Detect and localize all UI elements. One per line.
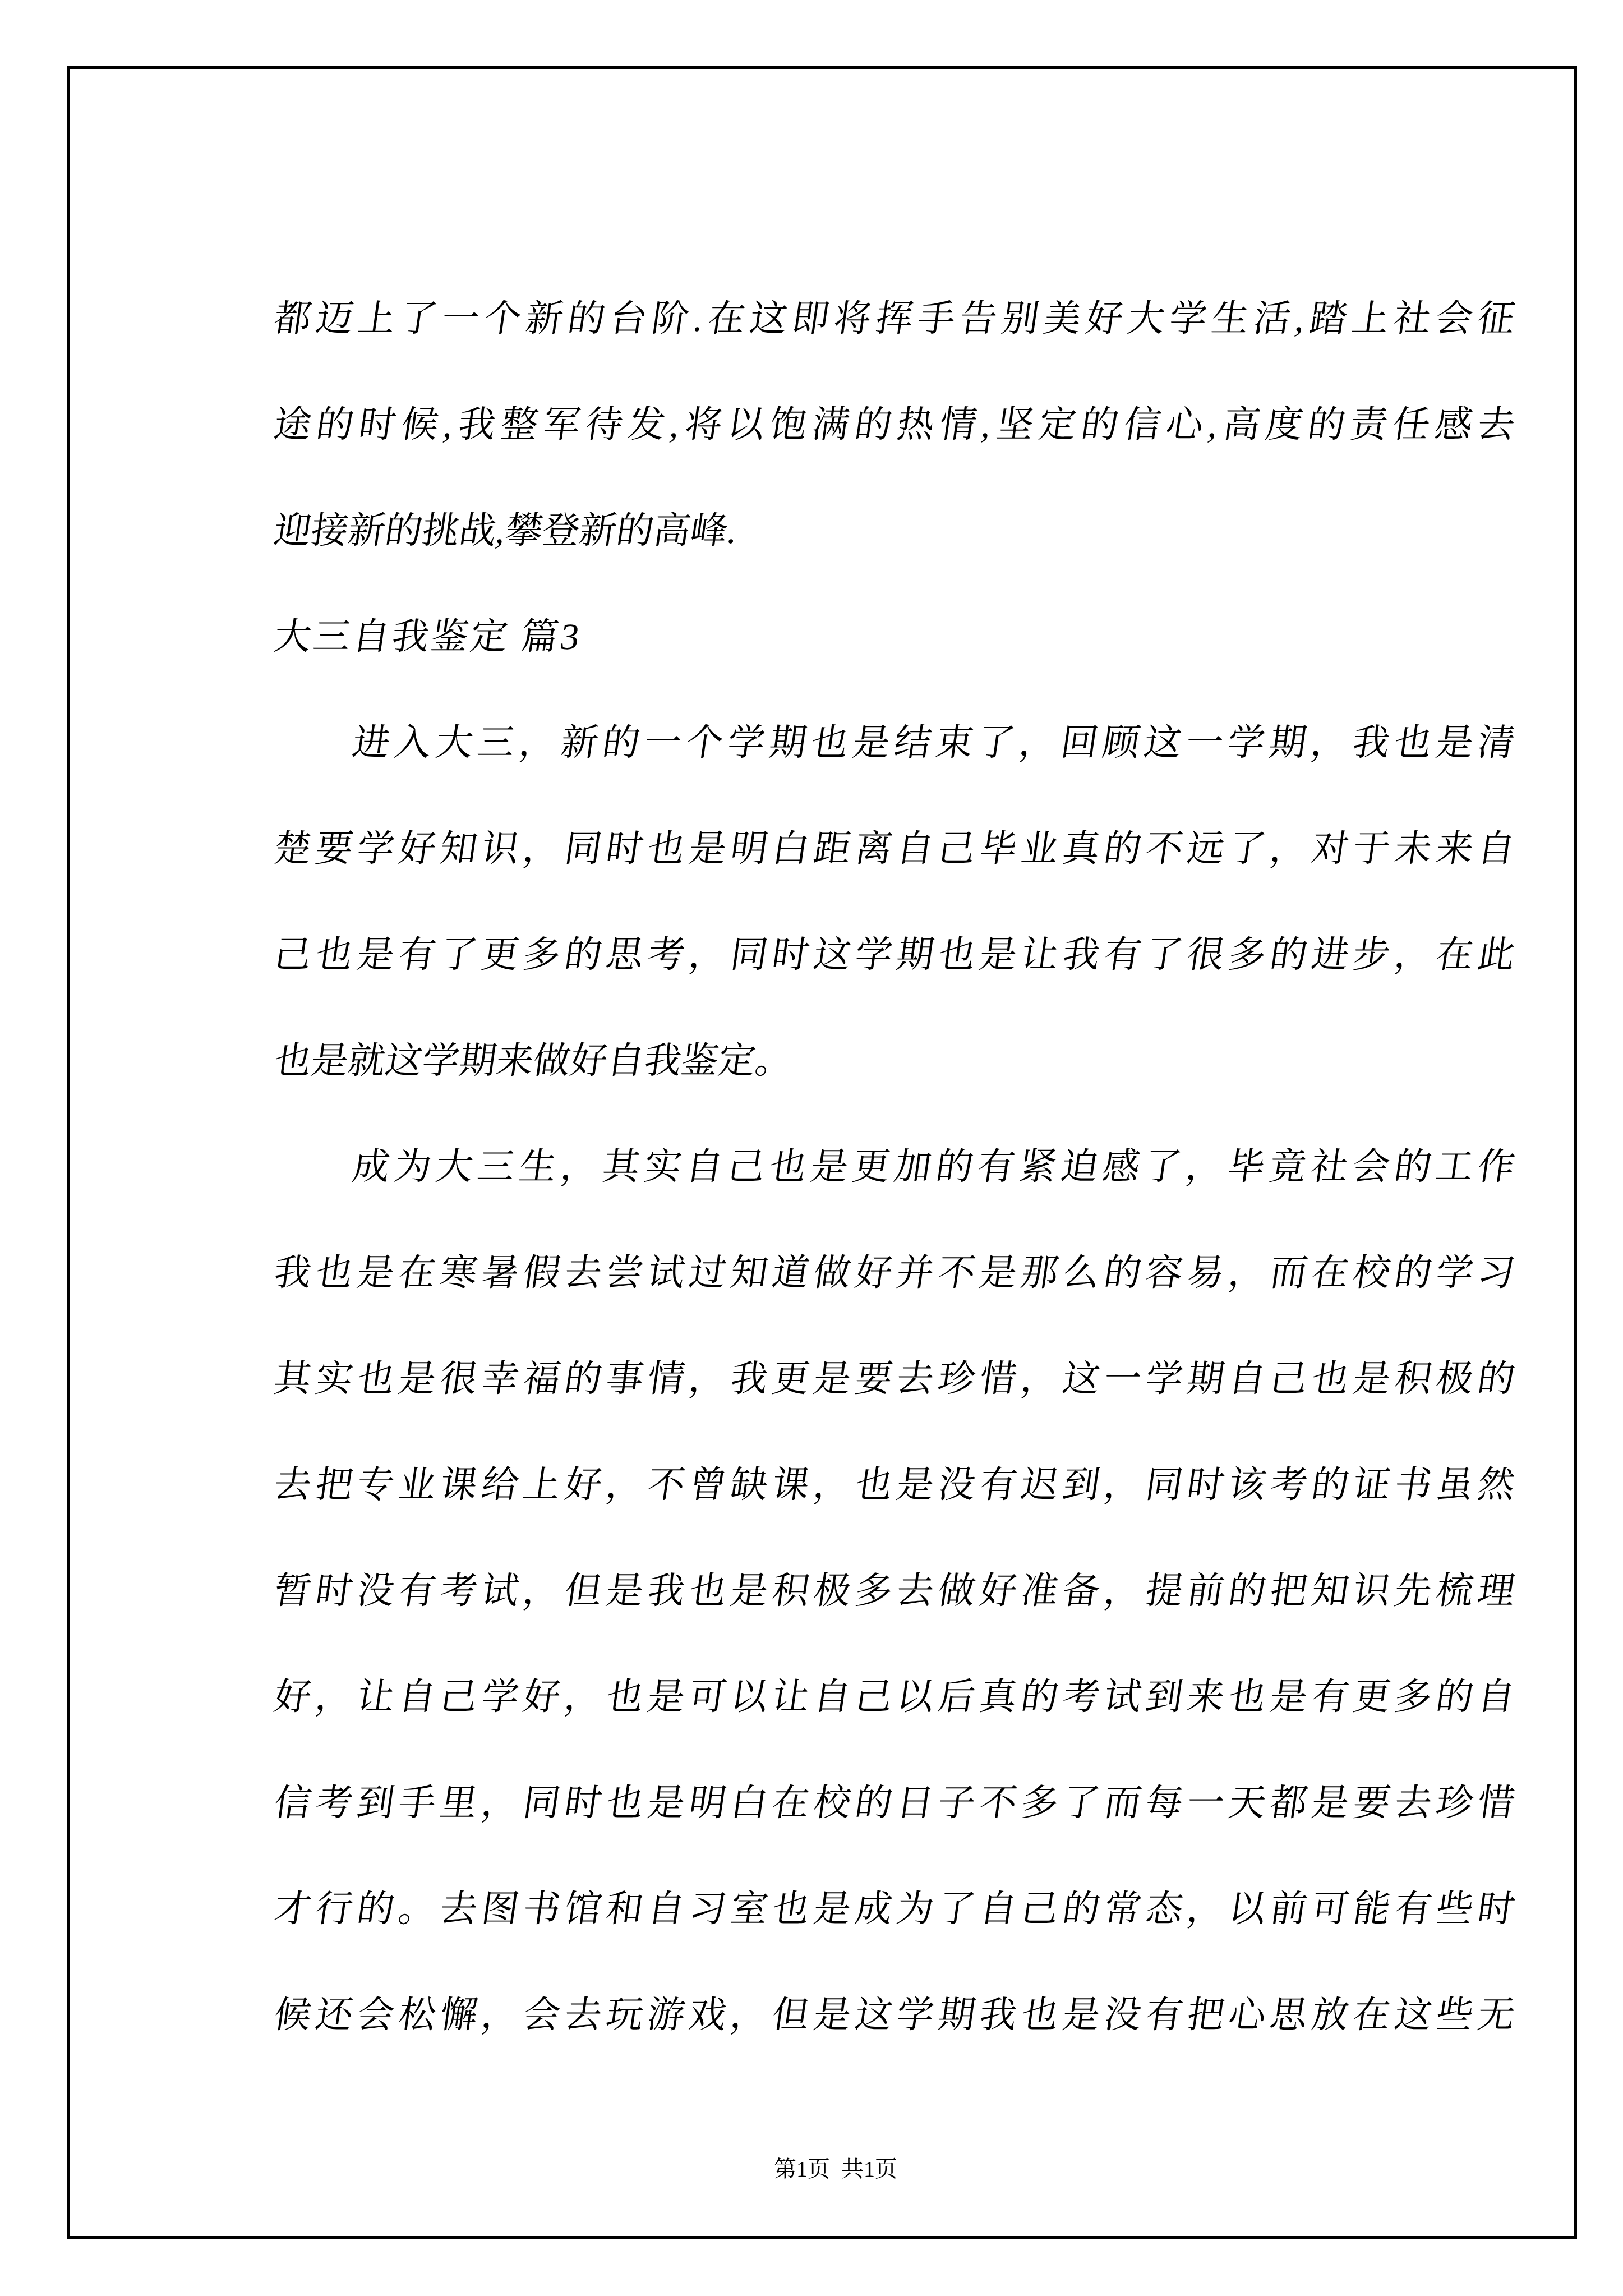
page-number-label: 第1页 共1页: [774, 2156, 897, 2182]
document-body: 都迈上了一个新的台阶.在这即将挥手告别美好大学生活,踏上社会征途的时候,我整军待…: [274, 266, 1515, 2068]
section-heading: 大三自我鉴定 篇3: [274, 584, 1515, 690]
text-line: 途的时候,我整军待发,将以饱满的热情,坚定的信心,高度的责任感去: [267, 372, 1523, 478]
text-line: 去把专业课给上好，不曾缺课，也是没有迟到，同时该考的证书虽然: [267, 1432, 1523, 1538]
text-line: 成为大三生，其实自己也是更加的有紧迫感了，毕竟社会的工作: [267, 1114, 1523, 1220]
text-line: 才行的。去图书馆和自习室也是成为了自己的常态，以前可能有些时: [267, 1856, 1523, 1962]
document-page: 都迈上了一个新的台阶.在这即将挥手告别美好大学生活,踏上社会征途的时候,我整军待…: [0, 0, 1623, 2296]
paragraph: 成为大三生，其实自己也是更加的有紧迫感了，毕竟社会的工作我也是在寒暑假去尝试过知…: [274, 1114, 1515, 2068]
page-footer: 第1页 共1页: [204, 2131, 1445, 2208]
paragraph: 都迈上了一个新的台阶.在这即将挥手告别美好大学生活,踏上社会征途的时候,我整军待…: [274, 266, 1515, 584]
text-line: 信考到手里，同时也是明白在校的日子不多了而每一天都是要去珍惜: [267, 1750, 1523, 1856]
text-line: 迎接新的挑战,攀登新的高峰.: [267, 478, 1523, 584]
text-line: 其实也是很幸福的事情，我更是要去珍惜，这一学期自己也是积极的: [267, 1326, 1523, 1432]
page-border-frame: 都迈上了一个新的台阶.在这即将挥手告别美好大学生活,踏上社会征途的时候,我整军待…: [67, 66, 1577, 2239]
text-line: 大三自我鉴定 篇3: [267, 584, 1523, 690]
text-line: 候还会松懈，会去玩游戏，但是这学期我也是没有把心思放在这些无: [267, 1962, 1523, 2068]
text-line: 都迈上了一个新的台阶.在这即将挥手告别美好大学生活,踏上社会征: [267, 266, 1523, 372]
text-line: 也是就这学期来做好自我鉴定。: [267, 1008, 1523, 1114]
paragraph: 进入大三，新的一个学期也是结束了，回顾这一学期，我也是清楚要学好知识，同时也是明…: [274, 690, 1515, 1114]
text-line: 楚要学好知识，同时也是明白距离自己毕业真的不远了，对于未来自: [267, 796, 1523, 902]
text-line: 暂时没有考试，但是我也是积极多去做好准备，提前的把知识先梳理: [267, 1538, 1523, 1644]
text-line: 我也是在寒暑假去尝试过知道做好并不是那么的容易，而在校的学习: [267, 1220, 1523, 1326]
text-line: 己也是有了更多的思考，同时这学期也是让我有了很多的进步，在此: [267, 902, 1523, 1008]
text-line: 进入大三，新的一个学期也是结束了，回顾这一学期，我也是清: [267, 690, 1523, 796]
text-line: 好，让自己学好，也是可以让自己以后真的考试到来也是有更多的自: [267, 1644, 1523, 1750]
